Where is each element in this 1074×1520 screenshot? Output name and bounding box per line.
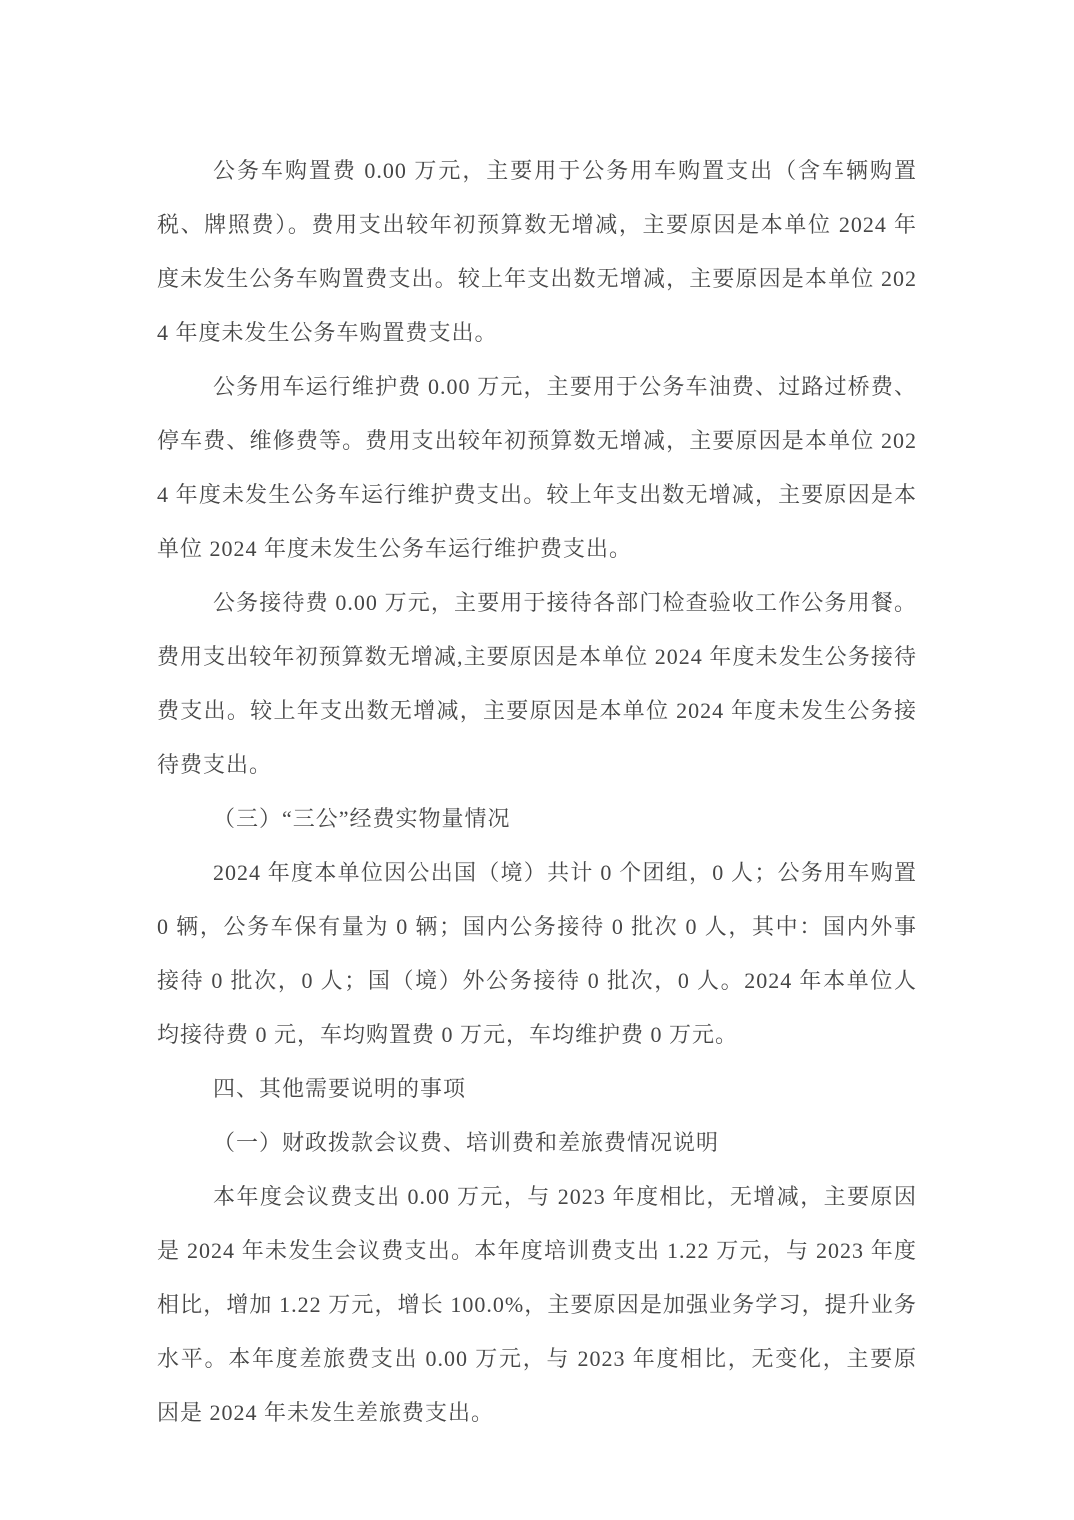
heading-subsection-one-meeting-training-travel: （一）财政拨款会议费、培训费和差旅费情况说明 <box>157 1116 917 1170</box>
heading-section-four-other-items: 四、其他需要说明的事项 <box>157 1062 917 1116</box>
paragraph-official-vehicle-maintenance-fee: 公务用车运行维护费 0.00 万元，主要用于公务车油费、过路过桥费、停车费、维修… <box>157 360 917 576</box>
paragraph-official-vehicle-purchase-fee: 公务车购置费 0.00 万元，主要用于公务用车购置支出（含车辆购置税、牌照费）。… <box>157 144 917 360</box>
paragraph-physical-quantities-detail: 2024 年度本单位因公出国（境）共计 0 个团组，0 人；公务用车购置 0 辆… <box>157 846 917 1062</box>
document-page: 公务车购置费 0.00 万元，主要用于公务用车购置支出（含车辆购置税、牌照费）。… <box>0 0 1074 1520</box>
paragraph-meeting-training-travel-detail: 本年度会议费支出 0.00 万元，与 2023 年度相比，无增减，主要原因是 2… <box>157 1170 917 1440</box>
heading-section-three-physical-quantities: （三）“三公”经费实物量情况 <box>157 792 917 846</box>
paragraph-official-reception-fee: 公务接待费 0.00 万元，主要用于接待各部门检查验收工作公务用餐。费用支出较年… <box>157 576 917 792</box>
